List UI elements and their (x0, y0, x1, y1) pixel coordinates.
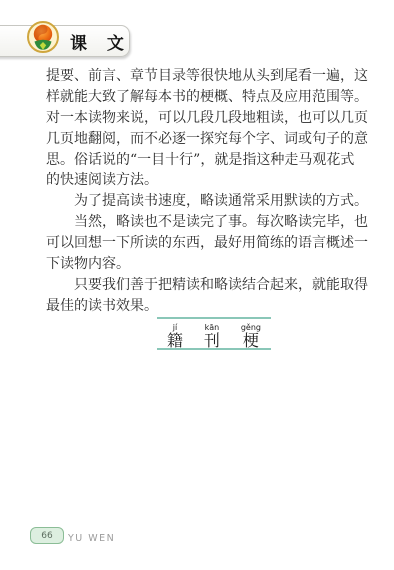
text-line: 的快速阅读方法。 (46, 170, 368, 191)
new-word-item: jí 籍 (167, 319, 183, 348)
hanzi-character: 梗 (243, 332, 259, 349)
hanzi-character: 刊 (204, 332, 220, 349)
textbook-page: 课 文 提要、前言、章节目录等很快地从头到尾看一遍，这 样就能大致了解每本书的梗… (0, 0, 394, 570)
tab-label: 课 文 (70, 29, 131, 54)
text-line: 只要我们善于把精读和略读结合起来，就能取得 (46, 275, 368, 296)
new-word-item: kān 刊 (204, 319, 220, 348)
text-line: 当然，略读也不是读完了事。每次略读完毕，也 (46, 212, 368, 233)
text-line: 可以回想一下所读的东西，最好用简练的语言概述一 (46, 233, 368, 254)
text-line: 最佳的读书效果。 (46, 296, 368, 317)
text-line: 提要、前言、章节目录等很快地从头到尾看一遍，这 (46, 66, 368, 87)
publisher-logo-icon (27, 21, 59, 53)
lesson-body-text: 提要、前言、章节目录等很快地从头到尾看一遍，这 样就能大致了解每本书的梗概、特点… (46, 66, 368, 317)
text-line: 样就能大致了解每本书的梗概、特点及应用范围等。 (46, 87, 368, 108)
text-line: 为了提高读书速度，略读通常采用默读的方式。 (46, 191, 368, 212)
text-line: 对一本读物来说，可以几段几段地粗读，也可以几页 (46, 108, 368, 129)
book-title-label: YU WEN (68, 533, 115, 544)
text-line: 几页地翻阅，而不必逐一探究每个字、词或句子的意 (46, 129, 368, 150)
page-number-badge: 66 (30, 527, 64, 544)
new-words-box: jí 籍 kān 刊 gěng 梗 (157, 317, 271, 350)
text-line: 下读物内容。 (46, 254, 368, 275)
new-word-item: gěng 梗 (241, 319, 261, 348)
hanzi-character: 籍 (167, 332, 183, 349)
text-line: 思。俗话说的“一目十行”，就是指这种走马观花式 (46, 150, 368, 171)
